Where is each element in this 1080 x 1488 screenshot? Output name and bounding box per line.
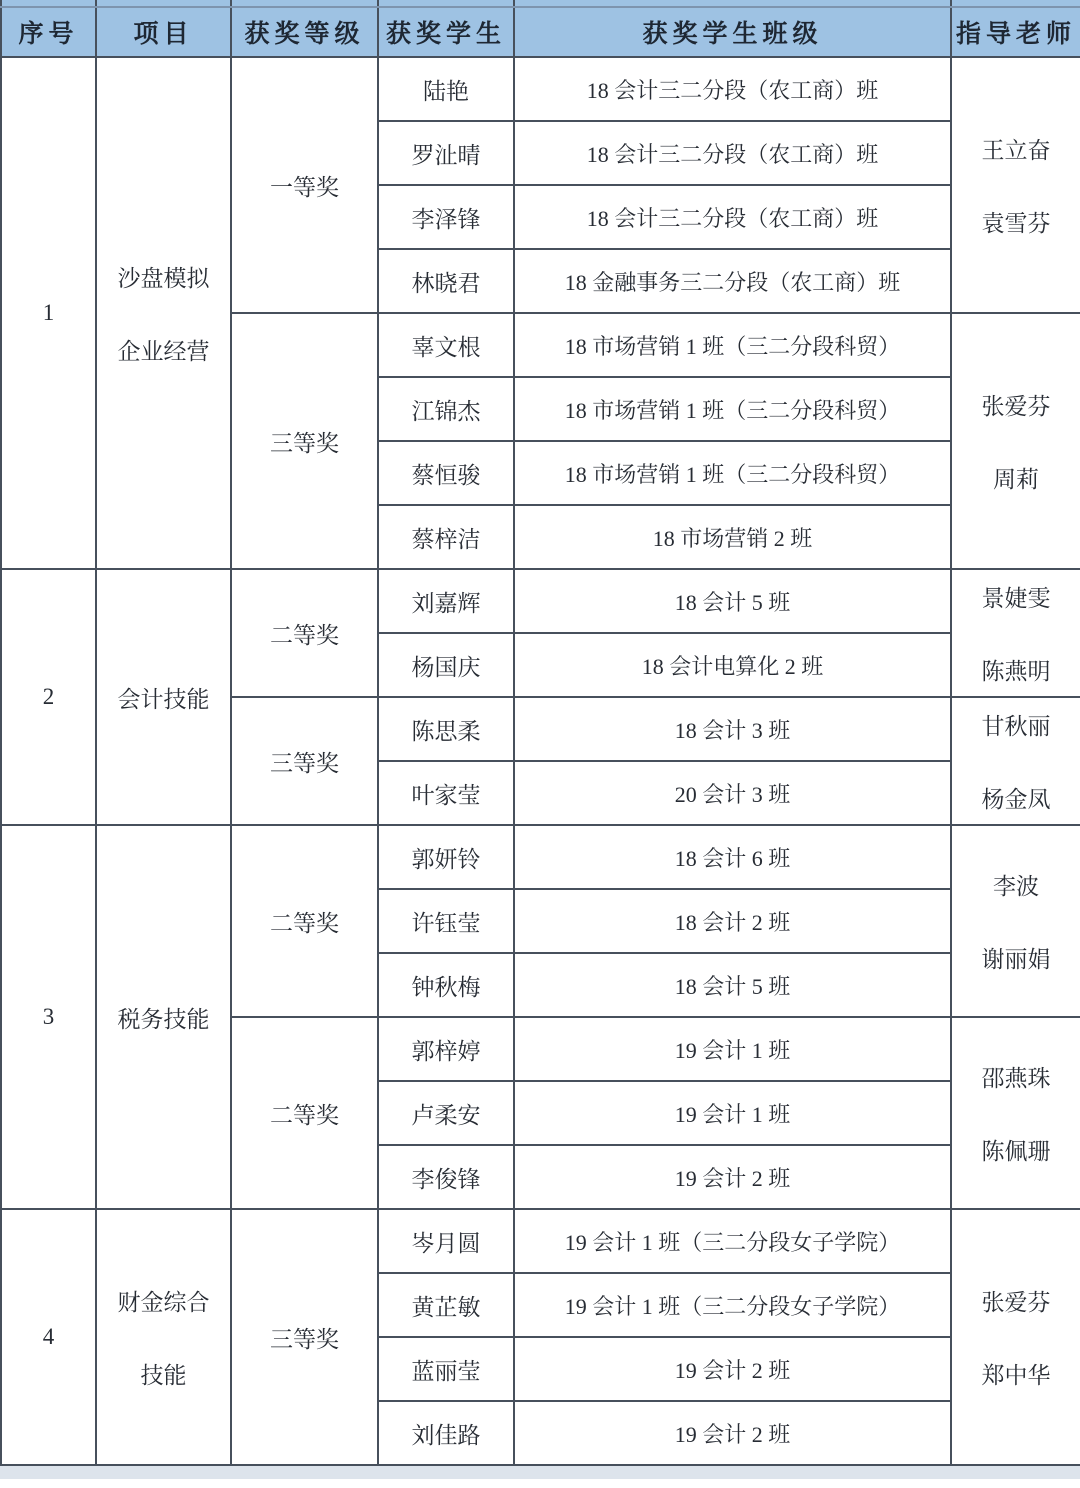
teacher-name: 景婕雯 [982,580,1051,613]
teacher-name: 袁雪芬 [982,205,1051,238]
teacher-cell: 张爱芬 郑中华 [951,1209,1080,1465]
awards-table: 序号 项目 获奖等级 获奖学生 获奖学生班级 指导老师 1 沙盘模拟 企业经营 … [0,0,1080,1466]
teacher-name: 杨金凤 [982,781,1051,814]
teacher-name: 陈佩珊 [982,1133,1051,1166]
teacher-cell: 张爱芬 周莉 [951,313,1080,569]
student-cell: 郭梓婷 [378,1017,514,1081]
award-cell: 三等奖 [231,1209,378,1465]
teacher-name: 张爱芬 [982,1284,1051,1317]
teacher-name: 甘秋丽 [982,708,1051,741]
project-cell: 沙盘模拟 企业经营 [96,57,231,569]
student-cell: 辜文根 [378,313,514,377]
class-cell: 18 会计 6 班 [514,825,951,889]
class-cell: 18 市场营销 1 班（三二分段科贸） [514,313,951,377]
cap-cell [378,0,514,7]
student-cell: 蔡梓洁 [378,505,514,569]
cap-cell [231,0,378,7]
student-cell: 卢柔安 [378,1081,514,1145]
award-cell: 二等奖 [231,1017,378,1209]
class-cell: 18 会计 5 班 [514,953,951,1017]
award-cell: 二等奖 [231,569,378,697]
teacher-name: 张爱芬 [982,388,1051,421]
teacher-name: 王立奋 [982,132,1051,165]
class-cell: 18 会计 3 班 [514,697,951,761]
student-cell: 林晓君 [378,249,514,313]
teacher-cell: 甘秋丽 杨金凤 [951,697,1080,825]
student-cell: 钟秋梅 [378,953,514,1017]
teacher-name: 郑中华 [982,1357,1051,1390]
teacher-name: 陈燕明 [982,653,1051,686]
class-cell: 18 会计三二分段（农工商）班 [514,121,951,185]
student-cell: 陈思柔 [378,697,514,761]
serial-cell: 4 [1,1209,96,1465]
student-cell: 蔡恒骏 [378,441,514,505]
table-top-cap [1,0,1080,7]
class-cell: 18 市场营销 1 班（三二分段科贸） [514,441,951,505]
student-cell: 蓝丽莹 [378,1337,514,1401]
table-row: 3 税务技能 二等奖 郭妍铃 18 会计 6 班 李波 谢丽娟 [1,825,1080,889]
student-cell: 刘嘉辉 [378,569,514,633]
serial-cell: 3 [1,825,96,1209]
award-cell: 三等奖 [231,697,378,825]
class-cell: 19 会计 1 班 [514,1081,951,1145]
footer-strip [0,1466,1080,1479]
award-cell: 三等奖 [231,313,378,569]
class-cell: 19 会计 2 班 [514,1401,951,1465]
project-cell: 财金综合 技能 [96,1209,231,1465]
header-row: 序号 项目 获奖等级 获奖学生 获奖学生班级 指导老师 [1,7,1080,57]
class-cell: 18 金融事务三二分段（农工商）班 [514,249,951,313]
student-cell: 江锦杰 [378,377,514,441]
project-cell: 会计技能 [96,569,231,825]
serial-cell: 1 [1,57,96,569]
class-cell: 18 会计电算化 2 班 [514,633,951,697]
teacher-name: 邵燕珠 [982,1060,1051,1093]
student-cell: 黄芷敏 [378,1273,514,1337]
student-cell: 罗沚晴 [378,121,514,185]
cap-cell [1,0,96,7]
student-cell: 许钰莹 [378,889,514,953]
header-col-award: 获奖等级 [231,7,378,57]
teacher-name: 周莉 [993,461,1039,494]
table-row: 4 财金综合 技能 三等奖 岑月圆 19 会计 1 班（三二分段女子学院） 张爱… [1,1209,1080,1273]
cap-cell [514,0,951,7]
class-cell: 18 市场营销 2 班 [514,505,951,569]
table-row: 1 沙盘模拟 企业经营 一等奖 陆艳 18 会计三二分段（农工商）班 王立奋 袁… [1,57,1080,121]
project-line: 财金综合 [118,1284,210,1317]
project-line: 沙盘模拟 [118,260,210,293]
teacher-cell: 王立奋 袁雪芬 [951,57,1080,313]
serial-cell: 2 [1,569,96,825]
project-line: 会计技能 [118,681,210,714]
student-cell: 杨国庆 [378,633,514,697]
teacher-name: 李波 [993,868,1039,901]
student-cell: 郭妍铃 [378,825,514,889]
teacher-cell: 邵燕珠 陈佩珊 [951,1017,1080,1209]
header-col-serial: 序号 [1,7,96,57]
student-cell: 岑月圆 [378,1209,514,1273]
student-cell: 李泽锋 [378,185,514,249]
cap-cell [96,0,231,7]
teacher-name: 谢丽娟 [982,941,1051,974]
class-cell: 19 会计 2 班 [514,1337,951,1401]
student-cell: 陆艳 [378,57,514,121]
header-col-student: 获奖学生 [378,7,514,57]
award-table-page: 序号 项目 获奖等级 获奖学生 获奖学生班级 指导老师 1 沙盘模拟 企业经营 … [0,0,1080,1488]
class-cell: 18 会计三二分段（农工商）班 [514,185,951,249]
project-line: 企业经营 [118,333,210,366]
student-cell: 李俊锋 [378,1145,514,1209]
project-line: 税务技能 [118,1001,210,1034]
class-cell: 20 会计 3 班 [514,761,951,825]
header-col-project: 项目 [96,7,231,57]
teacher-cell: 李波 谢丽娟 [951,825,1080,1017]
class-cell: 18 市场营销 1 班（三二分段科贸） [514,377,951,441]
header-col-teacher: 指导老师 [951,7,1080,57]
class-cell: 19 会计 1 班（三二分段女子学院） [514,1209,951,1273]
award-cell: 一等奖 [231,57,378,313]
teacher-cell: 景婕雯 陈燕明 [951,569,1080,697]
class-cell: 18 会计 2 班 [514,889,951,953]
header-col-class: 获奖学生班级 [514,7,951,57]
cap-cell [951,0,1080,7]
class-cell: 18 会计三二分段（农工商）班 [514,57,951,121]
table-row: 2 会计技能 二等奖 刘嘉辉 18 会计 5 班 景婕雯 陈燕明 [1,569,1080,633]
class-cell: 19 会计 2 班 [514,1145,951,1209]
student-cell: 刘佳路 [378,1401,514,1465]
award-cell: 二等奖 [231,825,378,1017]
student-cell: 叶家莹 [378,761,514,825]
class-cell: 19 会计 1 班 [514,1017,951,1081]
class-cell: 19 会计 1 班（三二分段女子学院） [514,1273,951,1337]
project-line: 技能 [141,1357,187,1390]
project-cell: 税务技能 [96,825,231,1209]
class-cell: 18 会计 5 班 [514,569,951,633]
